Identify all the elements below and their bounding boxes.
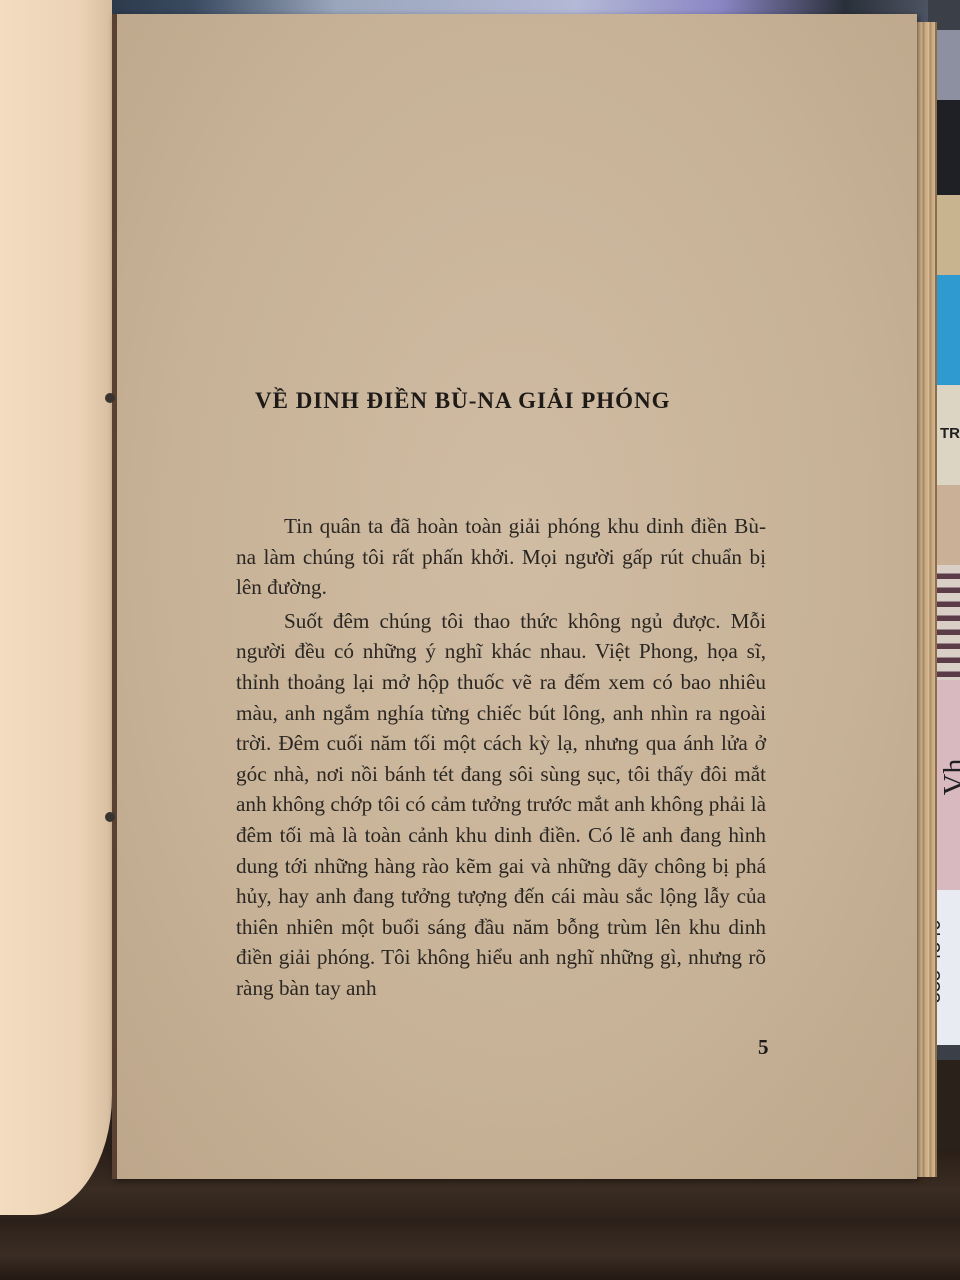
spine-label: TR xyxy=(940,425,960,442)
spine-label: Vh xyxy=(937,759,960,796)
paragraph: Suốt đêm chúng tôi thao thức không ngủ đ… xyxy=(236,606,766,1004)
previous-page-leaf xyxy=(0,0,112,1215)
chapter-heading: VỀ DINH ĐIỀN BÙ-NA GIẢI PHÓNG xyxy=(255,388,671,414)
body-text: Tin quân ta đã hoàn toàn giải phóng khu … xyxy=(236,511,766,1004)
paragraph: Tin quân ta đã hoàn toàn giải phóng khu … xyxy=(236,511,766,603)
binding-stitch xyxy=(105,393,115,403)
binding-stitch xyxy=(105,812,115,822)
page-number: 5 xyxy=(758,1035,769,1060)
